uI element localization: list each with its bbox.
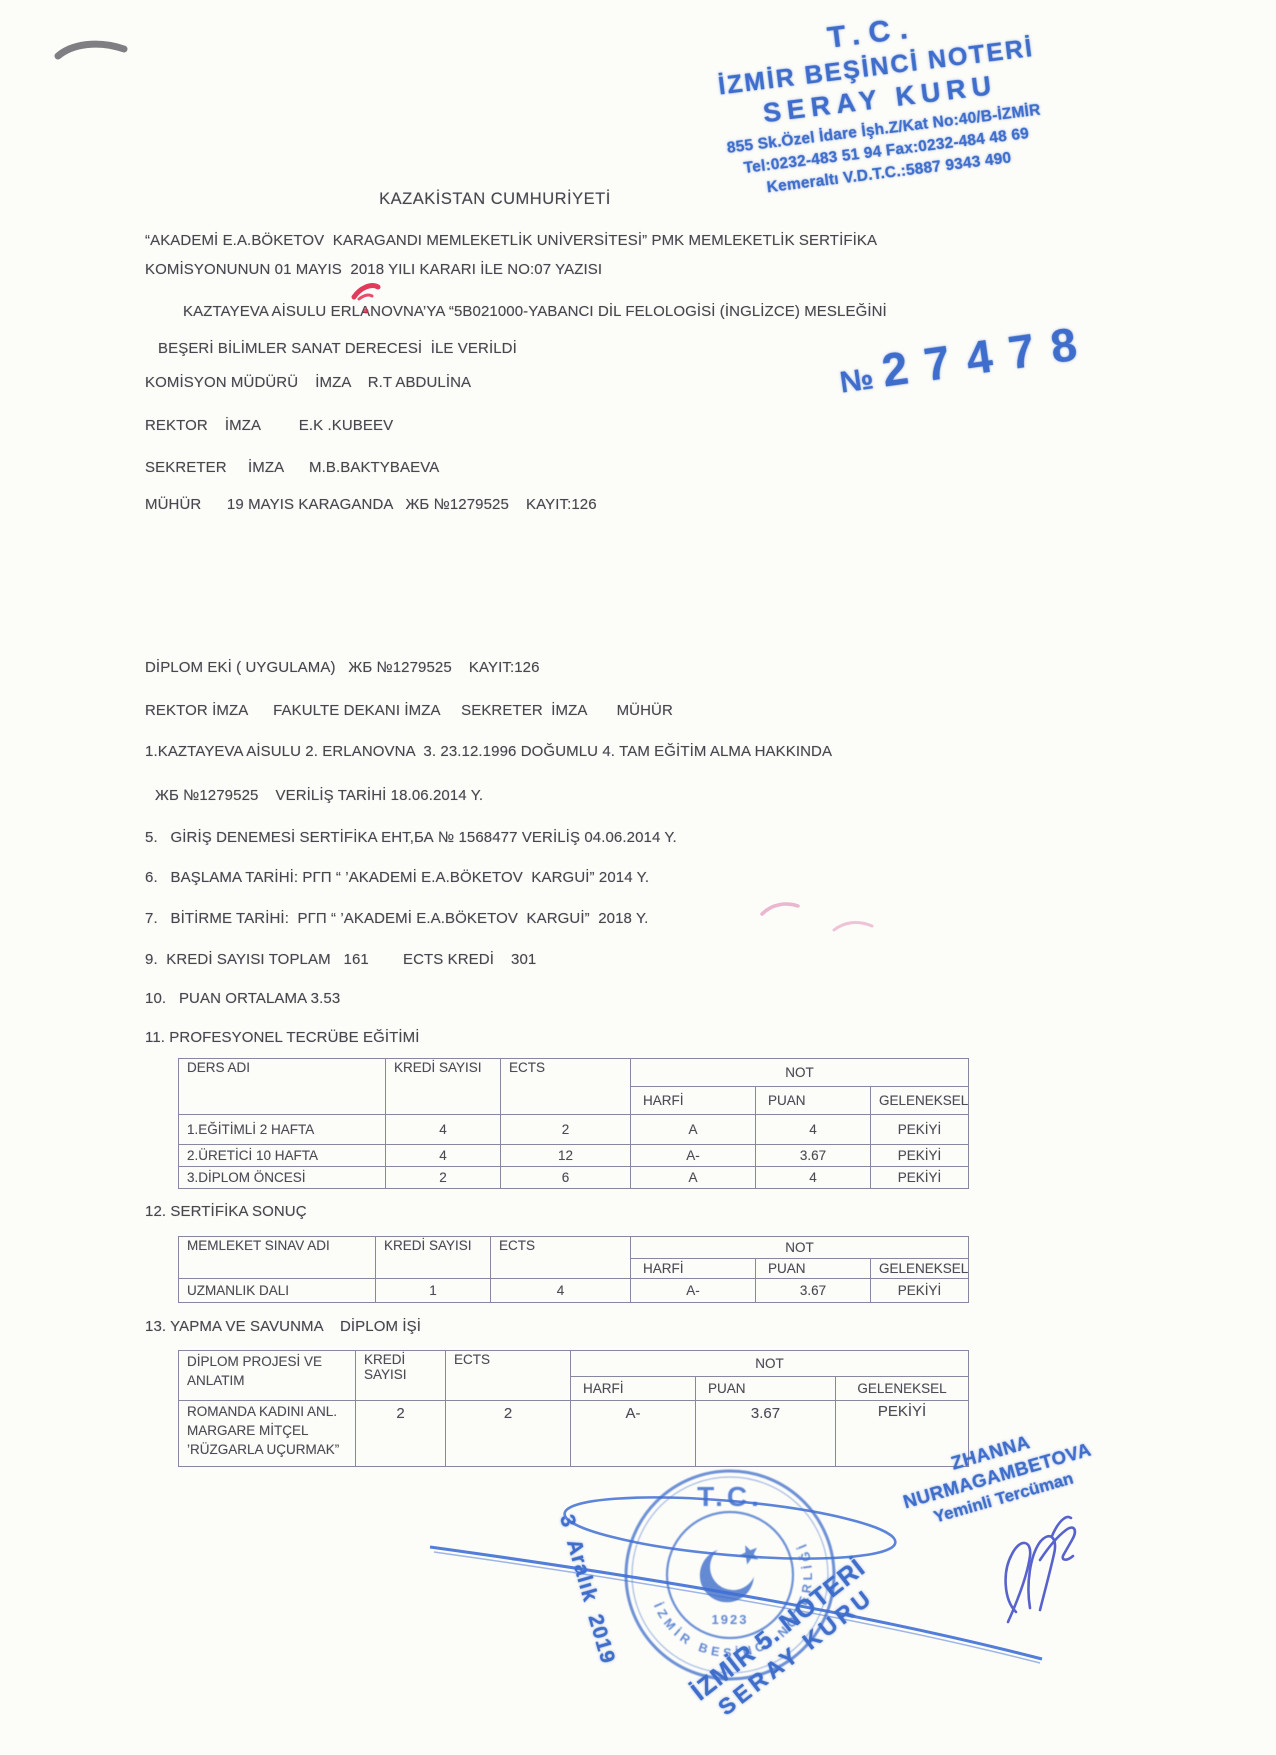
- pen-marks-overlay: [0, 0, 1276, 1755]
- pen-loop: [562, 1487, 897, 1570]
- red-pen-mark-2: [359, 295, 372, 299]
- pink-mark-2: [834, 923, 872, 930]
- red-pen-dot: [364, 309, 369, 314]
- pen-line-2: [434, 1552, 1040, 1663]
- scanned-notary-document: T.C. İZMİR BEŞİNCİ NOTERİ SERAY KURU 855…: [0, 0, 1276, 1755]
- pen-scratch-top-left: [58, 44, 124, 56]
- translator-signature: [1006, 1517, 1075, 1622]
- pink-mark-1: [762, 904, 798, 914]
